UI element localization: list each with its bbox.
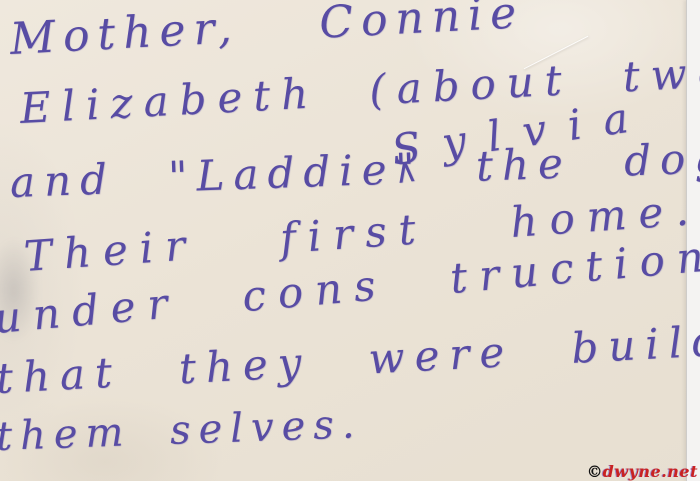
watermark-site-name: dwyne.net [603,462,698,481]
copyright-icon: © [587,462,603,481]
watermark: ©dwyne.net [587,464,698,480]
